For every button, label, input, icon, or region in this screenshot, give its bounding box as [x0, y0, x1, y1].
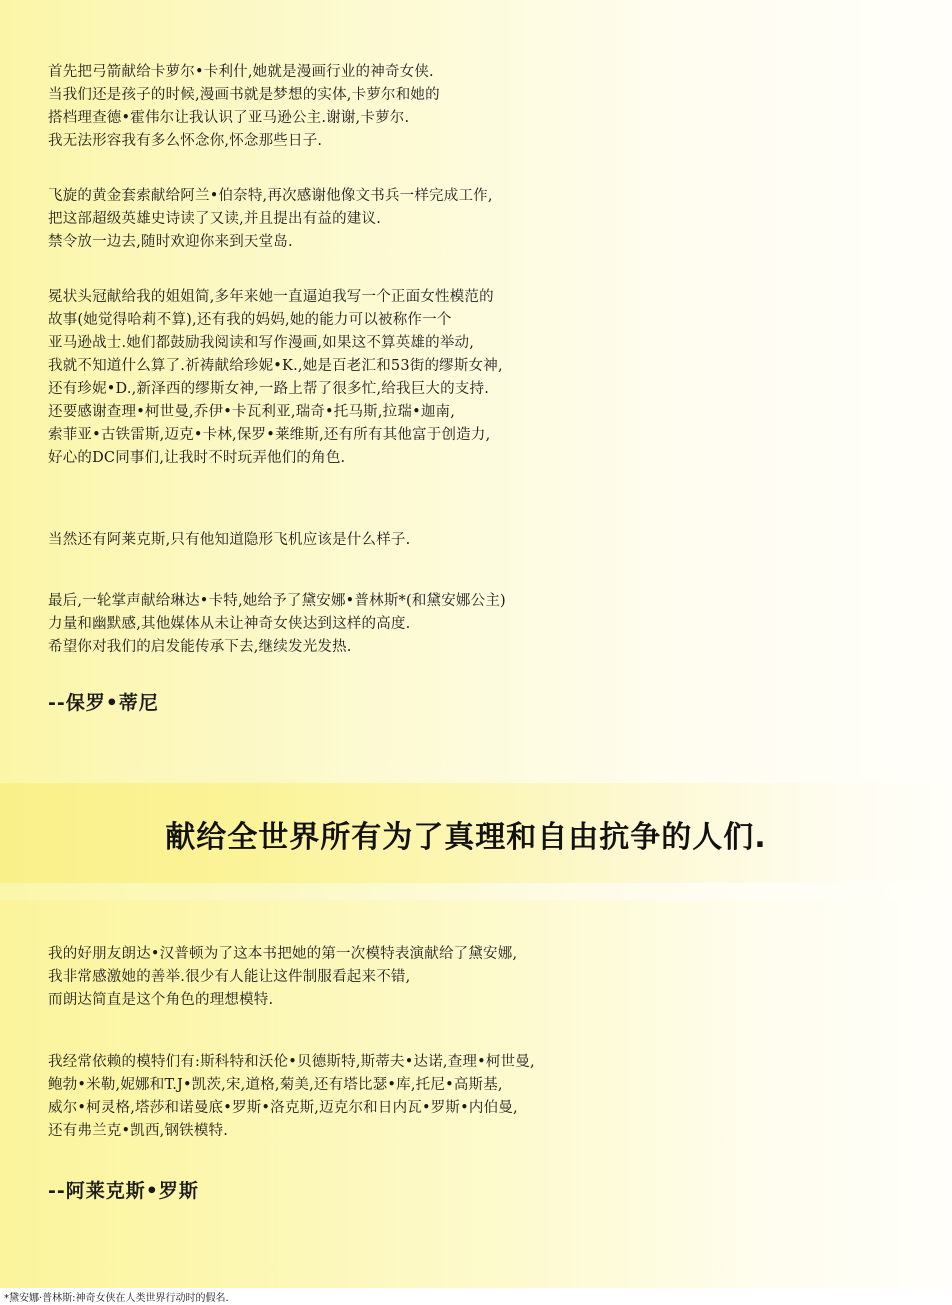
text-line: 冕状头冠献给我的姐姐简,多年来她一直逼迫我写一个正面女性模范的 [48, 286, 503, 309]
signature-paul-dini: --保罗•蒂尼 [48, 688, 159, 715]
text-line: 我的好朋友朗达•汉普顿为了这本书把她的第一次模特表演献给了黛安娜, [48, 943, 517, 966]
dedication-paragraph-5: 最后,一轮掌声献给琳达•卡特,她给予了黛安娜•普林斯*(和黛安娜公主) 力量和幽… [48, 590, 506, 659]
text-line: 飞旋的黄金套索献给阿兰•伯奈特,再次感谢他像文书兵一样完成工作, [48, 185, 493, 208]
text-line: 当然还有阿莱克斯,只有他知道隐形飞机应该是什么样子. [48, 529, 410, 552]
text-line: 故事(她觉得哈莉不算),还有我的妈妈,她的能力可以被称作一个 [48, 309, 503, 332]
dedication-paragraph-6: 我的好朋友朗达•汉普顿为了这本书把她的第一次模特表演献给了黛安娜, 我非常感激她… [48, 943, 517, 1012]
dedication-paragraph-4: 当然还有阿莱克斯,只有他知道隐形飞机应该是什么样子. [48, 529, 410, 552]
text-line: 搭档理查德•霍伟尔让我认识了亚马逊公主.谢谢,卡萝尔. [48, 107, 440, 130]
text-line: 还要感谢查理•柯世曼,乔伊•卡瓦利亚,瑞奇•托马斯,拉瑞•迦南, [48, 401, 503, 424]
text-line: 还有珍妮•D.,新泽西的缪斯女神,一路上帮了很多忙,给我巨大的支持. [48, 378, 503, 401]
text-line: 把这部超级英雄史诗读了又读,并且提出有益的建议. [48, 208, 493, 231]
signature-alex-ross: --阿莱克斯•罗斯 [48, 1176, 199, 1203]
text-line: 索菲亚•古铁雷斯,迈克•卡林,保罗•莱维斯,还有所有其他富于创造力, [48, 424, 503, 447]
text-line: 最后,一轮掌声献给琳达•卡特,她给予了黛安娜•普林斯*(和黛安娜公主) [48, 590, 506, 613]
text-line: 我就不知道什么算了.祈祷献给珍妮•K.,她是百老汇和53街的缪斯女神, [48, 355, 503, 378]
text-line: 亚马逊战士.她们都鼓励我阅读和写作漫画,如果这不算英雄的举动, [48, 332, 503, 355]
footnote: *黛安娜·普林斯:神奇女侠在人类世界行动时的假名. [4, 1289, 229, 1304]
dedication-paragraph-7: 我经常依赖的模特们有:斯科特和沃伦•贝德斯特,斯蒂夫•达诺,查理•柯世曼, 鲍勃… [48, 1051, 535, 1143]
dedication-page: 首先把弓箭献给卡萝尔•卡利什,她就是漫画行业的神奇女侠. 当我们还是孩子的时候,… [0, 0, 952, 1305]
text-line: 威尔•柯灵格,塔莎和诺曼底•罗斯•洛克斯,迈克尔和日内瓦•罗斯•内伯曼, [48, 1097, 535, 1120]
text-line: 力量和幽默感,其他媒体从未让神奇女侠达到这样的高度. [48, 613, 506, 636]
text-line: 希望你对我们的启发能传承下去,继续发光发热. [48, 636, 506, 659]
text-line: 鲍勃•米勒,妮娜和T.J•凯茨,宋,道格,菊美,还有塔比瑟•库,托尼•高斯基, [48, 1074, 535, 1097]
dedication-paragraph-2: 飞旋的黄金套索献给阿兰•伯奈特,再次感谢他像文书兵一样完成工作, 把这部超级英雄… [48, 185, 493, 254]
text-line: 好心的DC同事们,让我时不时玩弄他们的角色. [48, 447, 503, 470]
text-line: 当我们还是孩子的时候,漫画书就是梦想的实体,卡萝尔和她的 [48, 84, 440, 107]
text-line: 还有弗兰克•凯西,钢铁模特. [48, 1120, 535, 1143]
text-line: 而朗达简直是这个角色的理想模特. [48, 989, 517, 1012]
dedication-paragraph-1: 首先把弓箭献给卡萝尔•卡利什,她就是漫画行业的神奇女侠. 当我们还是孩子的时候,… [48, 61, 440, 153]
text-line: 首先把弓箭献给卡萝尔•卡利什,她就是漫画行业的神奇女侠. [48, 61, 440, 84]
text-line: 禁令放一边去,随时欢迎你来到天堂岛. [48, 231, 493, 254]
text-line: 我无法形容我有多么怀念你,怀念那些日子. [48, 130, 440, 153]
text-line: 我非常感激她的善举.很少有人能让这件制服看起来不错, [48, 966, 517, 989]
text-line: 我经常依赖的模特们有:斯科特和沃伦•贝德斯特,斯蒂夫•达诺,查理•柯世曼, [48, 1051, 535, 1074]
headline-dedication: 献给全世界所有为了真理和自由抗争的人们. [0, 812, 952, 856]
dedication-paragraph-3: 冕状头冠献给我的姐姐简,多年来她一直逼迫我写一个正面女性模范的 故事(她觉得哈莉… [48, 286, 503, 470]
